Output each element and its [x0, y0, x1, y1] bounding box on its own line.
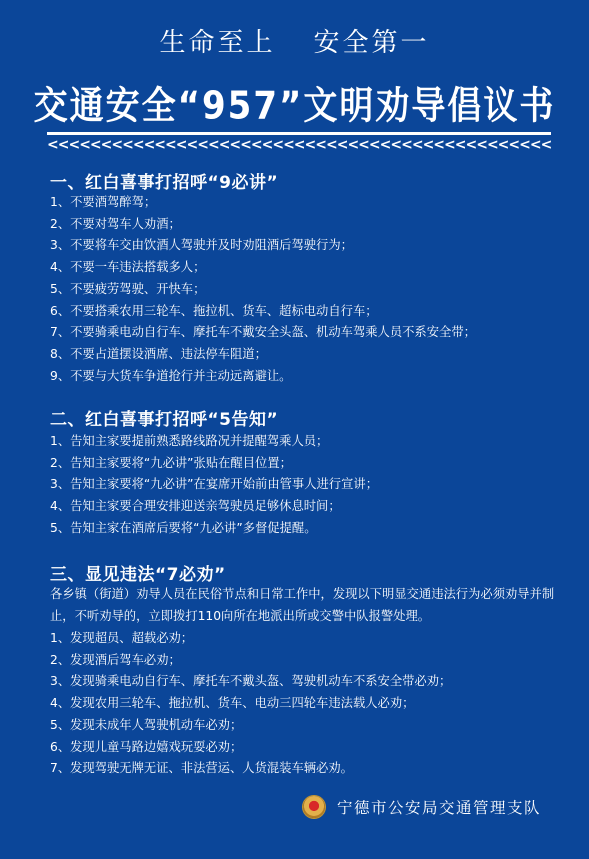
list-item: 3、告知主家要将“九必讲”在宴席开始前由管事人进行宣讲； [50, 474, 378, 496]
list-item: 5、不要疲劳驾驶、开快车； [50, 279, 476, 301]
section-3-list: 1、发现超员、超载必劝； 2、发现酒后驾车必劝； 3、发现骑乘电动自行车、摩托车… [50, 628, 451, 780]
list-item: 7、发现驾驶无牌无证、非法营运、人货混装车辆必劝。 [50, 758, 451, 780]
slogan-left: 生命至上 [159, 28, 275, 58]
list-item: 7、不要骑乘电动自行车、摩托车不戴安全头盔、机动车驾乘人员不系安全带； [50, 322, 476, 344]
list-item: 8、不要占道摆设酒席、违法停车阻道； [50, 344, 476, 366]
list-item: 3、发现骑乘电动自行车、摩托车不戴头盔、驾驶机动车不系安全带必劝； [50, 671, 451, 693]
list-item: 9、不要与大货车争道抢行并主动远离避让。 [50, 366, 476, 388]
list-item: 1、不要酒驾醉驾； [50, 192, 476, 214]
list-item: 5、告知主家在酒席后要将“九必讲”多督促提醒。 [50, 518, 378, 540]
list-item: 2、告知主家要将“九必讲”张贴在醒目位置； [50, 453, 378, 475]
footer: 宁德市公安局交通管理支队 [303, 796, 541, 818]
police-badge-icon [303, 796, 325, 818]
section-3-intro: 各乡镇（街道）劝导人员在民俗节点和日常工作中，发现以下明显交通违法行为必须劝导并… [50, 584, 555, 627]
list-item: 2、发现酒后驾车必劝； [50, 650, 451, 672]
list-item: 6、发现儿童马路边嬉戏玩耍必劝； [50, 737, 451, 759]
section-2-list: 1、告知主家要提前熟悉路线路况并提醒驾乘人员； 2、告知主家要将“九必讲”张贴在… [50, 431, 378, 540]
section-title-2: 二、红白喜事打招呼“5告知” [50, 405, 278, 430]
list-item: 1、告知主家要提前熟悉路线路况并提醒驾乘人员； [50, 431, 378, 453]
section-1-list: 1、不要酒驾醉驾； 2、不要对驾车人劝酒； 3、不要将车交由饮酒人驾驶并及时劝阻… [50, 192, 476, 387]
list-item: 2、不要对驾车人劝酒； [50, 214, 476, 236]
list-item: 1、发现超员、超载必劝； [50, 628, 451, 650]
list-item: 4、告知主家要合理安排迎送亲驾驶员足够休息时间； [50, 496, 378, 518]
list-item: 4、不要一车违法搭载多人； [50, 257, 476, 279]
page-title: 交通安全“957”文明劝导倡议书 [0, 75, 589, 130]
chevron-arrows-decoration: <<<<<<<<<<<<<<<<<<<<<<<<<<<<<<<<<<<<<<<<… [47, 138, 551, 152]
list-item: 6、不要搭乘农用三轮车、拖拉机、货车、超标电动自行车； [50, 301, 476, 323]
title-divider [47, 132, 551, 135]
list-item: 3、不要将车交由饮酒人驾驶并及时劝阻酒后驾驶行为； [50, 235, 476, 257]
list-item: 4、发现农用三轮车、拖拉机、货车、电动三四轮车违法载人必劝； [50, 693, 451, 715]
organization-name: 宁德市公安局交通管理支队 [337, 796, 541, 818]
section-title-3: 三、显见违法“7必劝” [50, 560, 226, 585]
slogan: 生命至上安全第一 [0, 22, 589, 59]
section-title-1: 一、红白喜事打招呼“9必讲” [50, 168, 278, 193]
slogan-right: 安全第一 [314, 28, 430, 58]
list-item: 5、发现未成年人驾驶机动车必劝； [50, 715, 451, 737]
